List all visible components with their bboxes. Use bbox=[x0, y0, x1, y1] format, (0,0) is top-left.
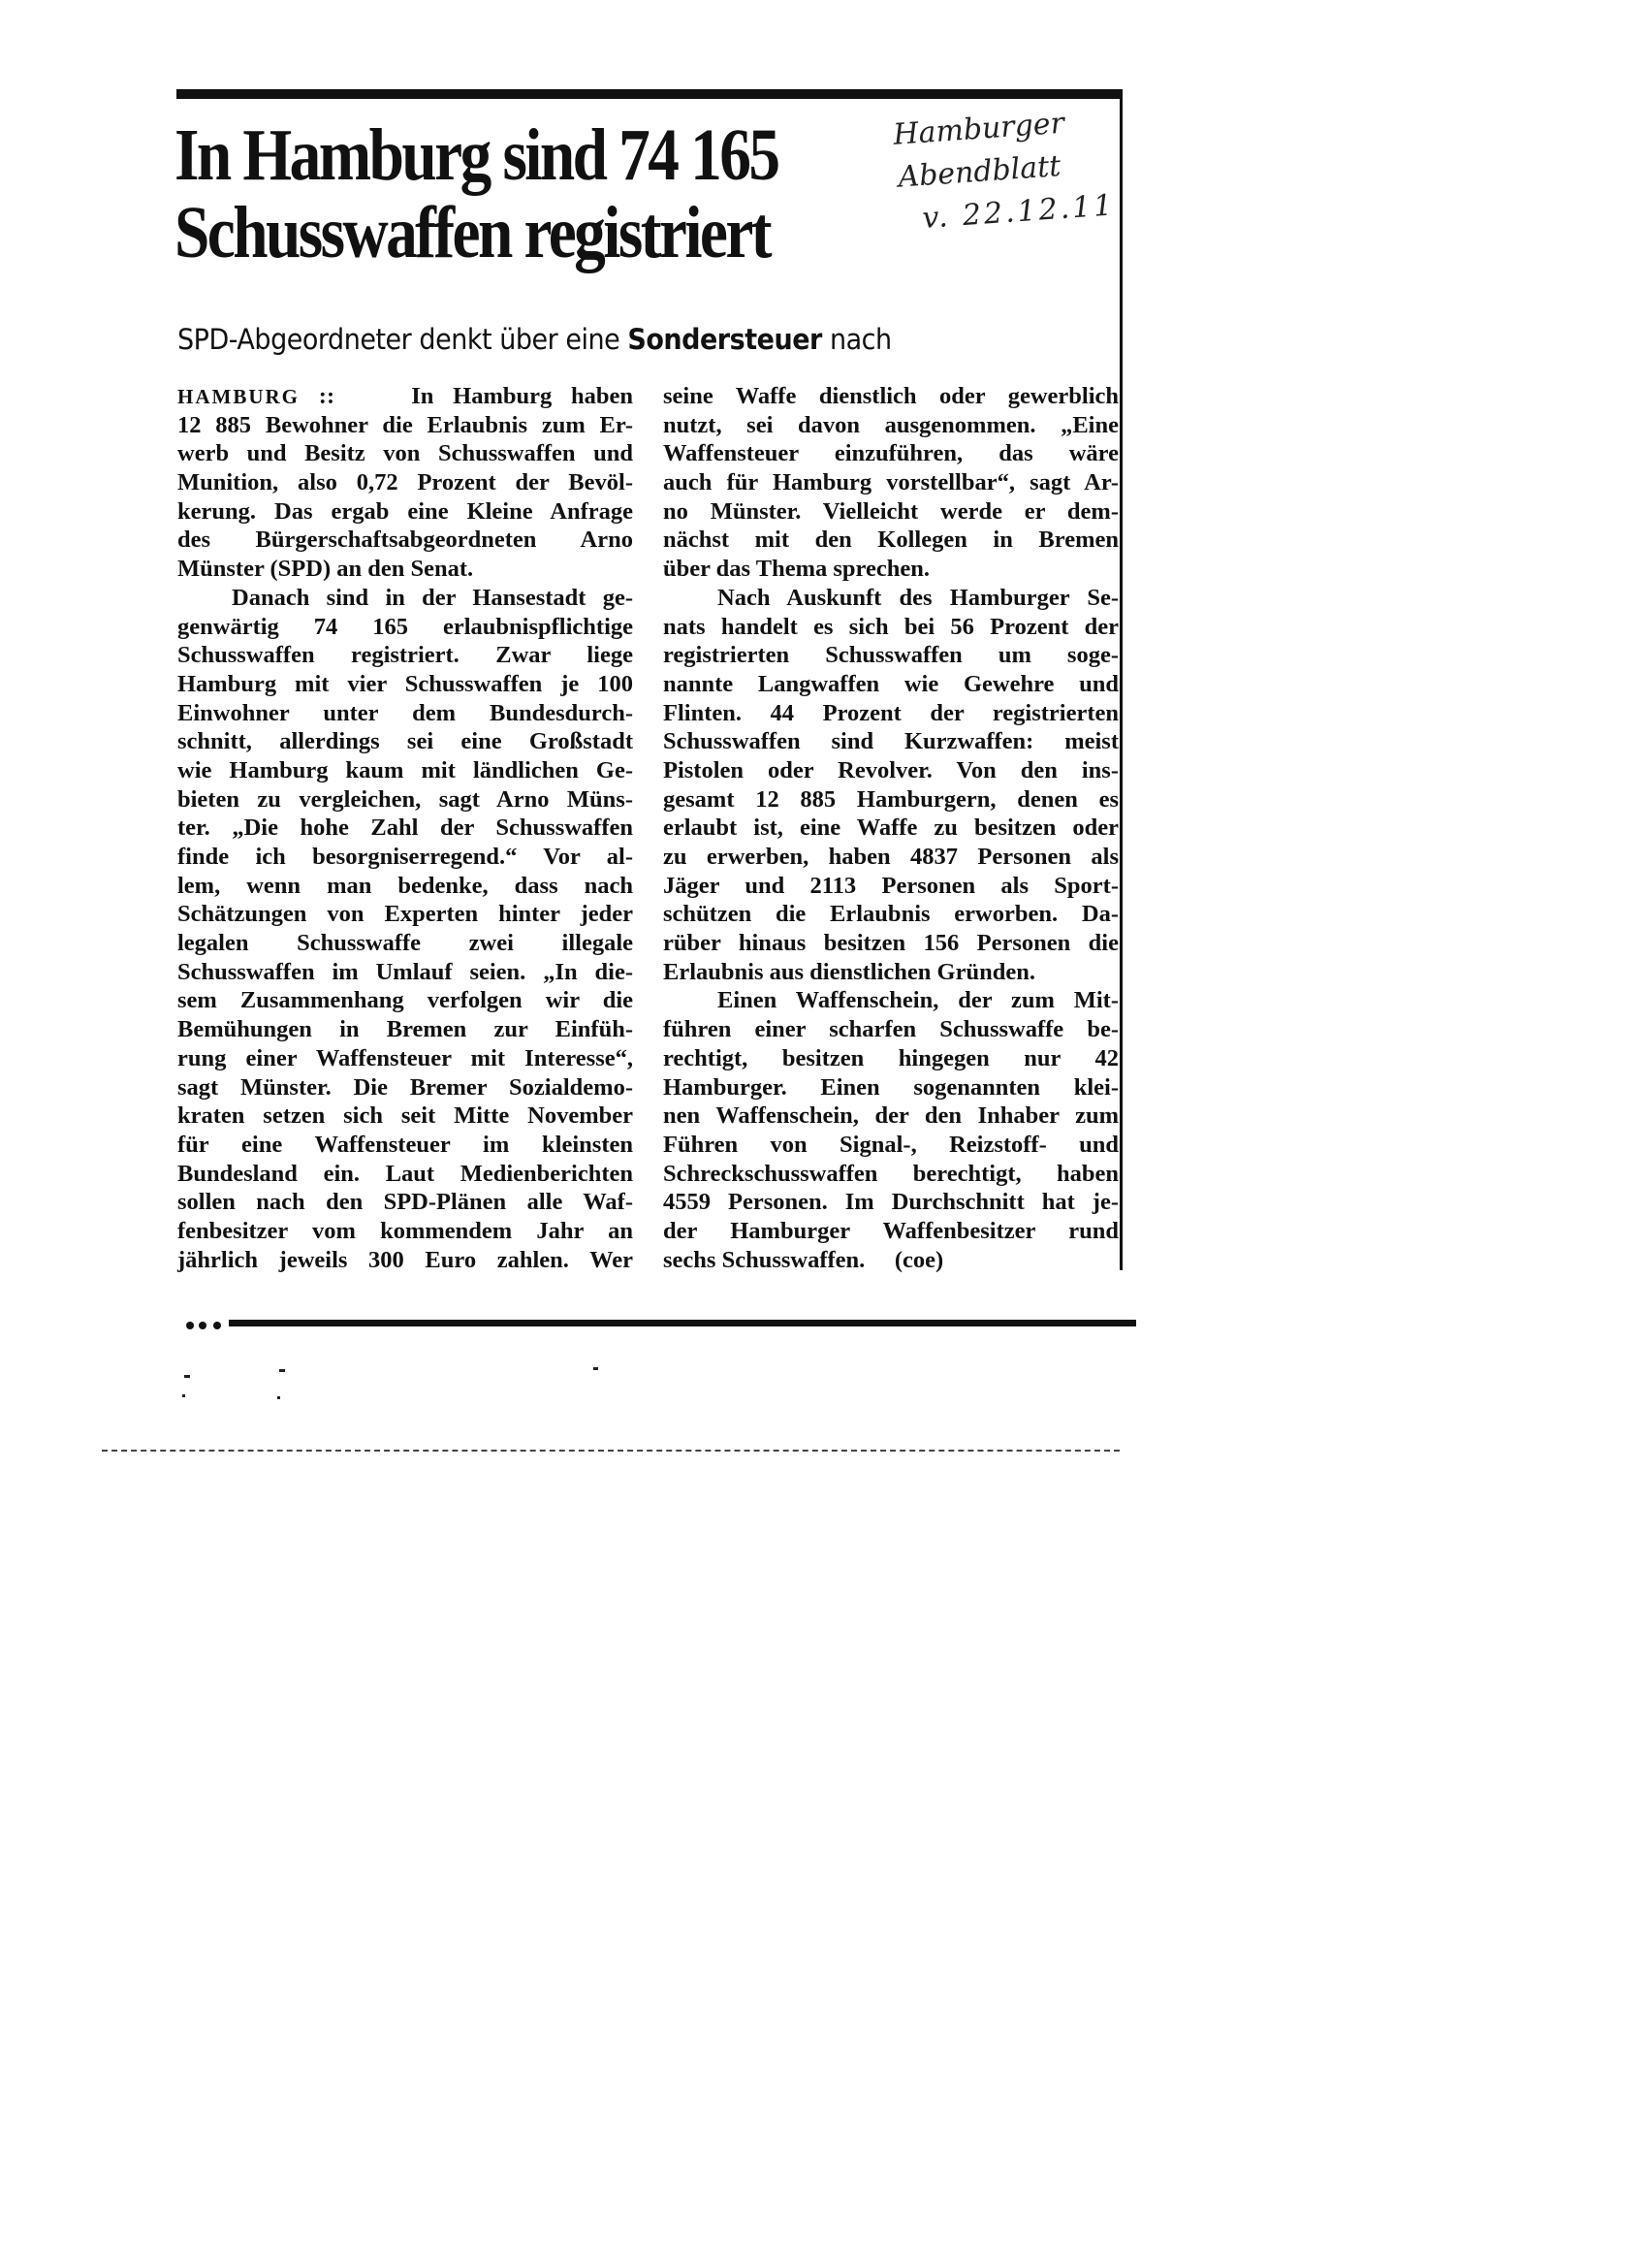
text-line: fenbesitzer vom kommendem Jahr an bbox=[177, 1217, 633, 1246]
text-line: Pistolen oder Revolver. Von den ins- bbox=[663, 756, 1119, 785]
text-line: sagt Münster. Die Bremer Sozialdemo- bbox=[177, 1073, 633, 1102]
text-line: kraten setzen sich seit Mitte November bbox=[177, 1102, 633, 1131]
text-line: sechs Schusswaffen. (coe) bbox=[663, 1246, 1119, 1275]
text-line: Flinten. 44 Prozent der registrierten bbox=[663, 699, 1119, 728]
handwritten-source-note: Hamburger Abendblatt v. 22.12.11 bbox=[892, 99, 1124, 242]
text-line: 4559 Personen. Im Durchschnitt hat je- bbox=[663, 1188, 1119, 1217]
text-line: registrierten Schusswaffen um soge- bbox=[663, 641, 1119, 670]
text-line: Schusswaffen registriert. Zwar liege bbox=[177, 641, 633, 670]
scan-cut-line bbox=[102, 1450, 1120, 1452]
text-line: Schusswaffen im Umlauf seien. „In die- bbox=[177, 958, 633, 987]
text-line: no Münster. Vielleicht werde er dem- bbox=[663, 497, 1119, 527]
text-line: bieten zu vergleichen, sagt Arno Müns- bbox=[177, 785, 633, 815]
text-line: sollen nach den SPD-Plänen alle Waf- bbox=[177, 1188, 633, 1217]
text-line: Danach sind in der Hansestadt ge- bbox=[177, 584, 633, 613]
text-line: Bundesland ein. Laut Medienberichten bbox=[177, 1160, 633, 1189]
subheadline: SPD-Abgeordneter denkt über eine Sonders… bbox=[177, 323, 892, 356]
text-line: 12 885 Bewohner die Erlaubnis zum Er- bbox=[177, 411, 633, 440]
text-line: über das Thema sprechen. bbox=[663, 555, 1119, 584]
text-line: HAMBURG :: In Hamburg haben bbox=[177, 382, 633, 411]
scan-speck bbox=[279, 1369, 285, 1372]
text-line: des Bürgerschaftsabgeordneten Arno bbox=[177, 526, 633, 555]
text-line: Erlaubnis aus dienstlichen Gründen. bbox=[663, 958, 1119, 987]
article-column-left: HAMBURG :: In Hamburg haben 12 885 Bewoh… bbox=[177, 382, 633, 1274]
right-border-line bbox=[1120, 89, 1123, 1270]
text-line: sem Zusammenhang verfolgen wir die bbox=[177, 986, 633, 1015]
text-line: erlaubt ist, eine Waffe zu besitzen oder bbox=[663, 814, 1119, 843]
headline: In Hamburg sind 74 165 Schusswaffen regi… bbox=[174, 116, 777, 272]
text-line: führen einer scharfen Schusswaffe be- bbox=[663, 1015, 1119, 1044]
text-line: wie Hamburg kaum mit ländlichen Ge- bbox=[177, 756, 633, 785]
text-line: werb und Besitz von Schusswaffen und bbox=[177, 439, 633, 468]
article-column-right: seine Waffe dienstlich oder gewerblich n… bbox=[663, 382, 1119, 1274]
text-line: Münster (SPD) an den Senat. bbox=[177, 555, 633, 584]
bottom-rule bbox=[229, 1320, 1136, 1326]
text-line: nannte Langwaffen wie Gewehre und bbox=[663, 670, 1119, 699]
headline-line-2: Schusswaffen registriert bbox=[174, 194, 777, 272]
text-line: Schusswaffen sind Kurzwaffen: meist bbox=[663, 727, 1119, 756]
subheadline-text: SPD-Abgeordneter denkt über eine bbox=[177, 323, 627, 356]
text-line: lem, wenn man bedenke, dass nach bbox=[177, 872, 633, 901]
scan-speck bbox=[593, 1367, 598, 1370]
text-line: nutzt, sei davon ausgenommen. „Eine bbox=[663, 411, 1119, 440]
scanned-newspaper-clipping: In Hamburg sind 74 165 Schusswaffen regi… bbox=[0, 0, 1648, 2268]
dateline-separator: :: bbox=[319, 383, 334, 409]
scan-speck bbox=[184, 1375, 190, 1378]
text-line: nats handelt es sich bei 56 Prozent der bbox=[663, 613, 1119, 642]
text-line: genwärtig 74 165 erlaubnispflichtige bbox=[177, 613, 633, 642]
text-line: jährlich jeweils 300 Euro zahlen. Wer bbox=[177, 1246, 633, 1275]
subheadline-tail: nach bbox=[822, 323, 892, 356]
text-line: Jäger und 2113 Personen als Sport- bbox=[663, 872, 1119, 901]
text-line: seine Waffe dienstlich oder gewerblich bbox=[663, 382, 1119, 411]
text-line: Munition, also 0,72 Prozent der Bevöl- bbox=[177, 468, 633, 497]
text-line: Schätzungen von Experten hinter jeder bbox=[177, 900, 633, 929]
top-rule bbox=[176, 89, 1123, 99]
text-line: rung einer Waffensteuer mit Interesse“, bbox=[177, 1044, 633, 1073]
text-line: Bemühungen in Bremen zur Einfüh- bbox=[177, 1015, 633, 1044]
text-line: ter. „Die hohe Zahl der Schusswaffen bbox=[177, 814, 633, 843]
end-marker-dot bbox=[186, 1322, 194, 1329]
text-line: Einen Waffenschein, der zum Mit- bbox=[663, 986, 1119, 1015]
text-line: gesamt 12 885 Hamburgern, denen es bbox=[663, 785, 1119, 815]
text-line: Einwohner unter dem Bundesdurch- bbox=[177, 699, 633, 728]
scan-speck bbox=[182, 1394, 185, 1397]
text-line: schützen die Erlaubnis erworben. Da- bbox=[663, 900, 1119, 929]
text-line: Hamburg mit vier Schusswaffen je 100 bbox=[177, 670, 633, 699]
text-line: schnitt, allerdings sei eine Großstadt bbox=[177, 727, 633, 756]
text-line: nächst mit den Kollegen in Bremen bbox=[663, 526, 1119, 555]
scan-speck bbox=[277, 1396, 280, 1399]
text-line: legalen Schusswaffe zwei illegale bbox=[177, 929, 633, 958]
text-line: für eine Waffensteuer im kleinsten bbox=[177, 1131, 633, 1160]
text-line: Führen von Signal-, Reizstoff- und bbox=[663, 1131, 1119, 1160]
end-marker-dot bbox=[213, 1322, 221, 1329]
text-line: der Hamburger Waffenbesitzer rund bbox=[663, 1217, 1119, 1246]
dateline: HAMBURG bbox=[177, 385, 300, 408]
text-line: finde ich besorgniserregend.“ Vor al- bbox=[177, 843, 633, 872]
end-marker-dot bbox=[199, 1322, 206, 1329]
text-line: Waffensteuer einzuführen, das wäre bbox=[663, 439, 1119, 468]
text-line: nen Waffenschein, der den Inhaber zum bbox=[663, 1102, 1119, 1131]
text-line: Hamburger. Einen sogenannten klei- bbox=[663, 1073, 1119, 1102]
headline-line-1: In Hamburg sind 74 165 bbox=[174, 116, 777, 194]
text-line: rechtigt, besitzen hingegen nur 42 bbox=[663, 1044, 1119, 1073]
text-line: Schreckschusswaffen berechtigt, haben bbox=[663, 1160, 1119, 1189]
text-line: rüber hinaus besitzen 156 Personen die bbox=[663, 929, 1119, 958]
subheadline-emphasis: Sondersteuer bbox=[627, 323, 822, 356]
text-line: auch für Hamburg vorstellbar“, sagt Ar- bbox=[663, 468, 1119, 497]
text-line: kerung. Das ergab eine Kleine Anfrage bbox=[177, 497, 633, 527]
text-line: zu erwerben, haben 4837 Personen als bbox=[663, 843, 1119, 872]
text-line: Nach Auskunft des Hamburger Se- bbox=[663, 584, 1119, 613]
